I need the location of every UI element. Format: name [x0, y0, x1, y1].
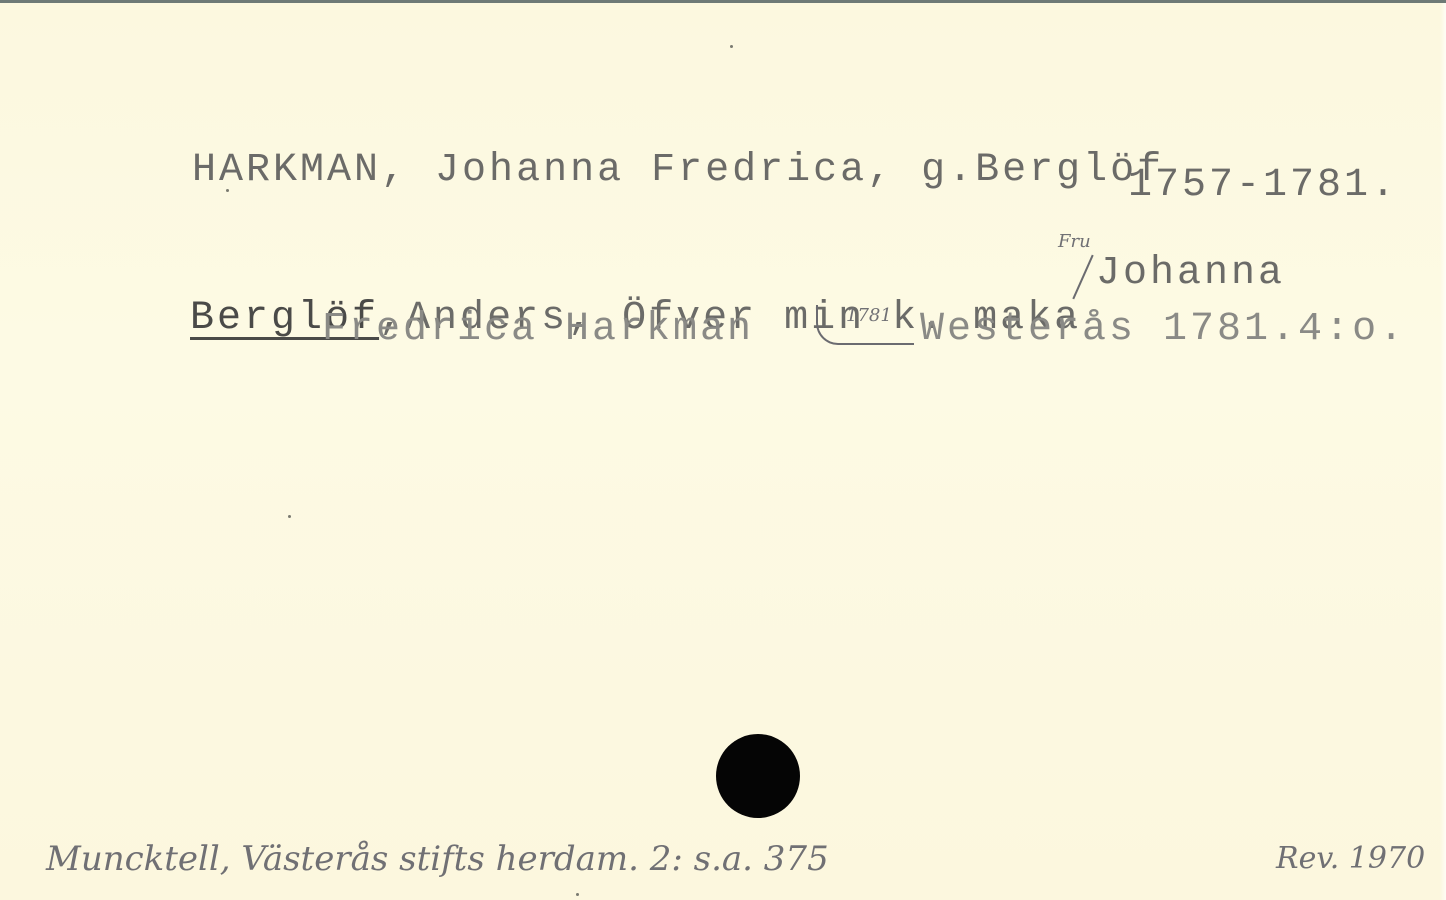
handwritten-reference: Muncktell, Västerås stifts herdam. 2: s.…	[46, 839, 829, 879]
paper-speck	[730, 45, 733, 48]
paper-speck	[576, 893, 579, 896]
entry-line-2-start: Fredrica Harkman	[322, 307, 754, 352]
insertion-fru: Fru	[1058, 231, 1091, 252]
heading-name: HARKMAN, Johanna Fredrica, g.Berglöf	[192, 148, 1164, 193]
punch-hole	[716, 734, 800, 818]
entry-line-1-end: Johanna	[1096, 251, 1285, 296]
entry-line-2-end: Westerås 1781.4:o.	[920, 307, 1406, 352]
handwritten-revision: Rev. 1970	[1276, 841, 1425, 876]
paper-speck	[226, 189, 229, 192]
heading-line: HARKMAN, Johanna Fredrica, g.Berglöf	[84, 103, 1164, 238]
insertion-year: 1781	[846, 305, 892, 326]
catalog-card: HARKMAN, Johanna Fredrica, g.Berglöf 175…	[0, 0, 1446, 900]
life-years: 1757-1781.	[1128, 163, 1398, 208]
paper-speck	[288, 515, 291, 518]
